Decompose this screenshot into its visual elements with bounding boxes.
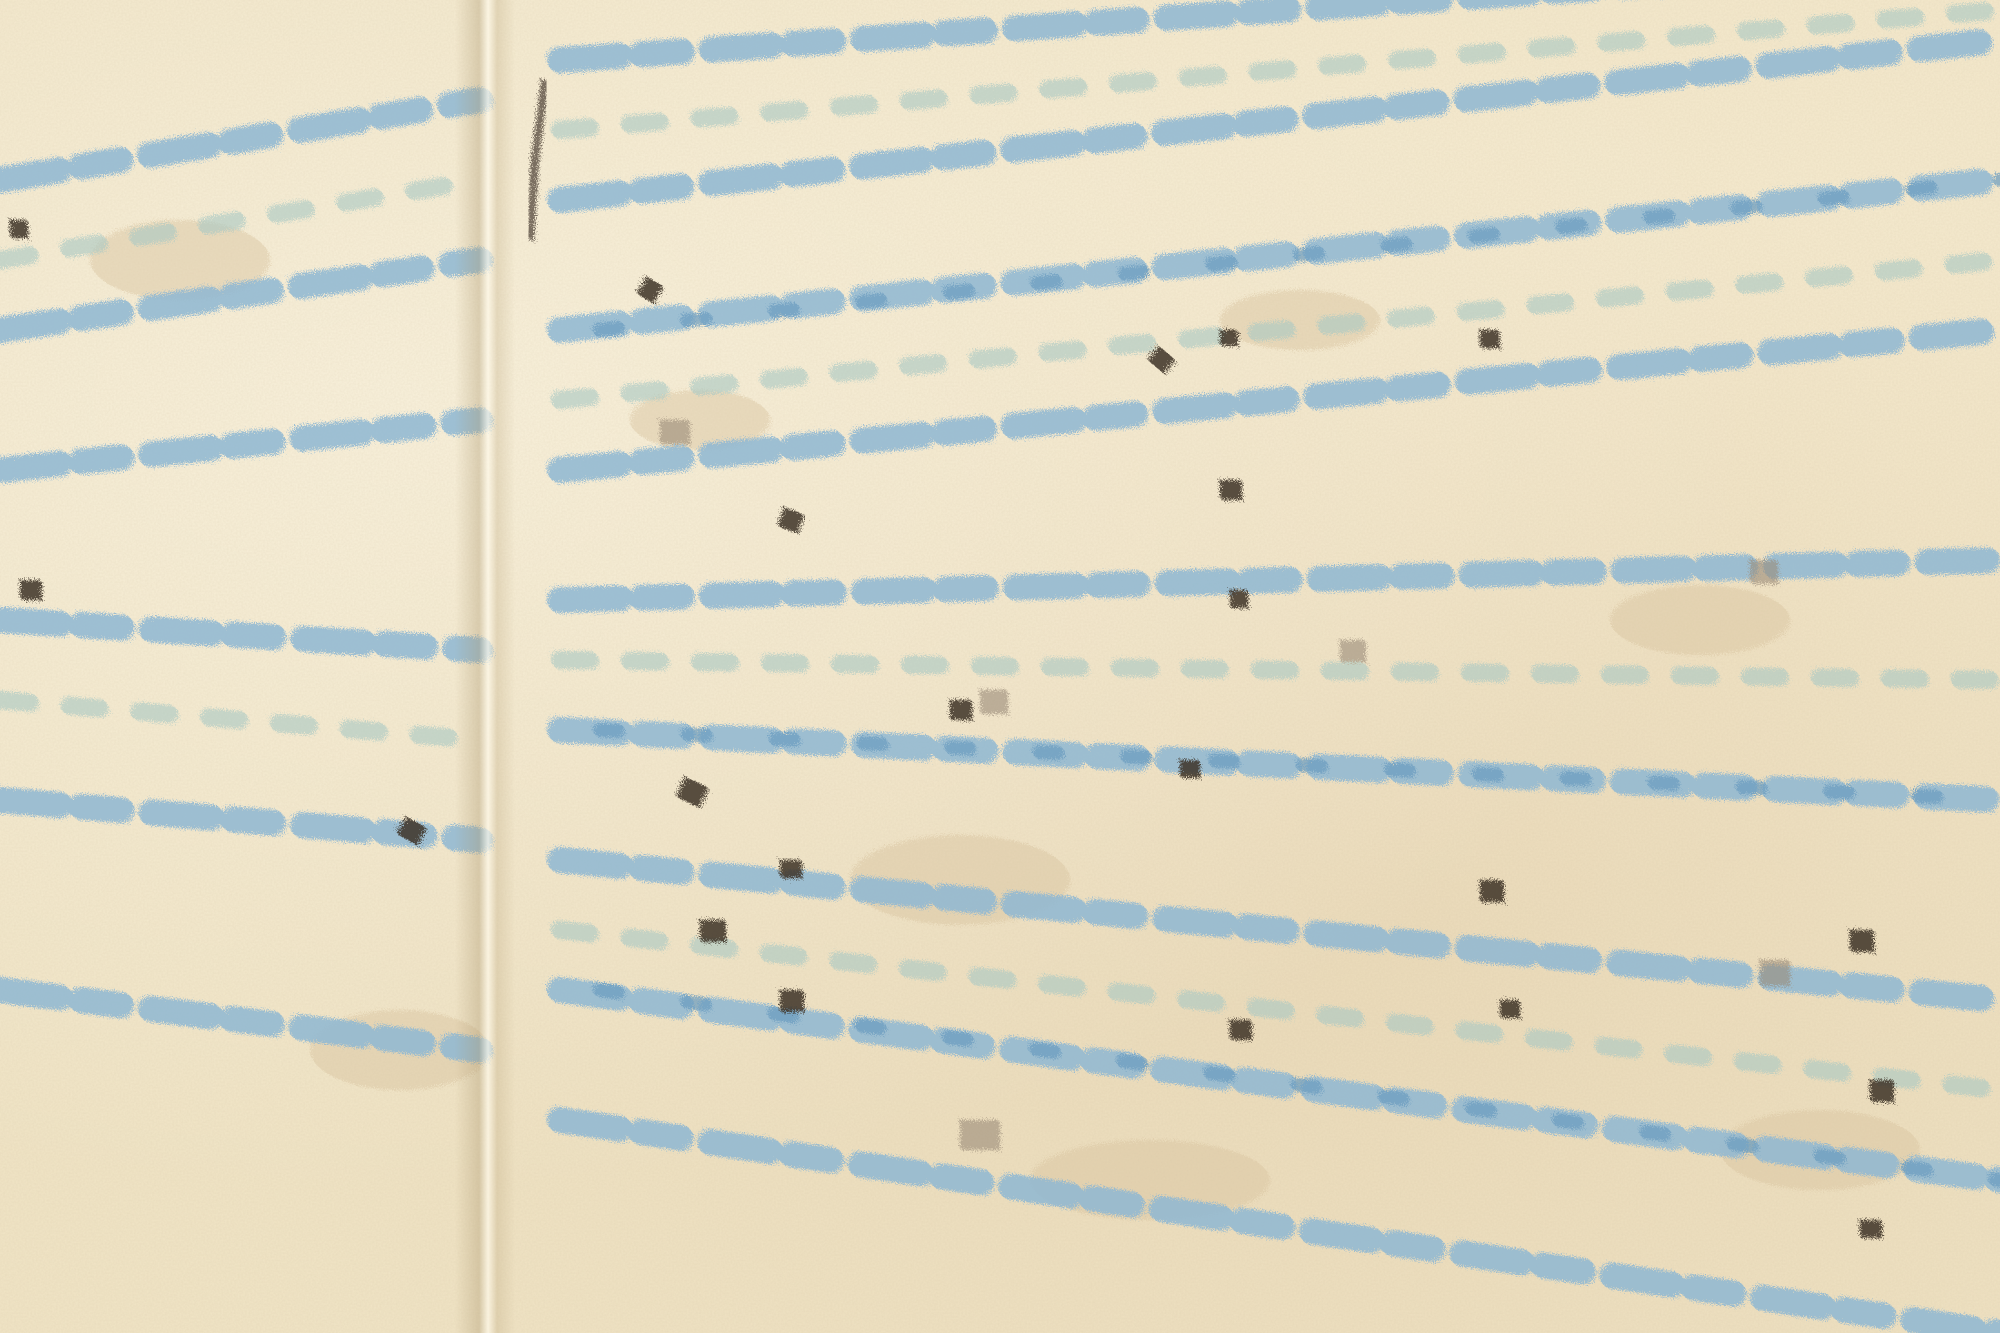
- rug-texture: [0, 0, 2000, 1333]
- rug-photo: Close-up of a shaggy wool rug: [0, 0, 2000, 1333]
- rug-seam: [455, 0, 515, 1333]
